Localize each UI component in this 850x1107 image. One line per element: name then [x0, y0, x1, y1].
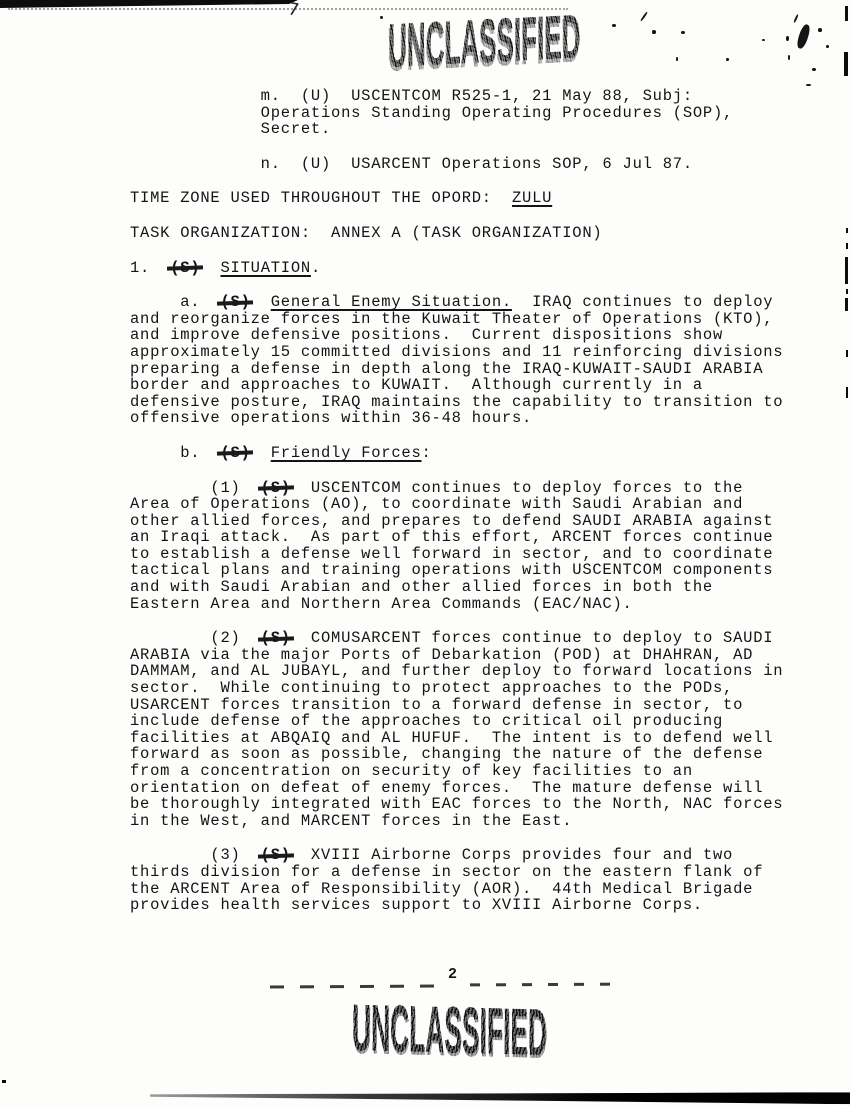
scan-artifact-right-edge — [845, 298, 848, 311]
text-run: 1. — [130, 259, 170, 277]
text-run: . — [311, 259, 321, 277]
text-run: TIME ZONE USED THROUGHOUT THE OPORD: — [130, 189, 512, 207]
text-underline: General Enemy Situation. — [271, 293, 512, 311]
text-run: n. (U) USARCENT Operations SOP, 6 Jul 87… — [130, 155, 693, 173]
document-body: m. (U) USCENTCOM R525-1, 21 May 88, Subj… — [130, 88, 820, 932]
unclassified-stamp-top-text: UNCLASSIFIED — [388, 6, 581, 78]
text-strike: (S) — [220, 444, 250, 462]
text-strike: (S) — [261, 479, 291, 497]
unclassified-stamp-top: UNCLASSIFIED — [388, 16, 846, 78]
text-run: (1) — [130, 479, 261, 497]
text-run: a. — [130, 293, 220, 311]
heading-friendly-forces: b. (S) Friendly Forces: — [130, 445, 820, 462]
text-underline: SITUATION — [220, 259, 310, 277]
para-friendly-3: (3) (S) XVIII Airborne Corps provides fo… — [130, 847, 820, 913]
reference-n: n. (U) USARCENT Operations SOP, 6 Jul 87… — [130, 156, 820, 173]
heading-situation: 1. (S) SITUATION. — [130, 260, 820, 277]
page-number: 2 — [448, 966, 457, 983]
text-run: m. (U) USCENTCOM R525-1, 21 May 88, Subj… — [130, 87, 733, 138]
unclassified-stamp-bottom: UNCLASSIFIED — [352, 994, 840, 1060]
text-run: COMUSARCENT forces continue to deploy to… — [130, 629, 783, 830]
text-run: (2) — [130, 629, 261, 647]
scan-artifact-right-edge — [846, 243, 848, 249]
time-zone-line: TIME ZONE USED THROUGHOUT THE OPORD: ZUL… — [130, 190, 820, 207]
text-run: b. — [130, 444, 220, 462]
text-run — [251, 293, 271, 311]
scan-artifact-right-edge — [846, 387, 848, 398]
ink-speckle — [806, 84, 811, 86]
scan-artifact-top-bar — [0, 0, 298, 8]
scanned-page: 7 UNCLASSIFIED m. (U) USCENTCOM R525-1, … — [0, 0, 850, 1107]
text-strike: (S) — [170, 259, 200, 277]
text-run: (3) — [130, 846, 261, 864]
para-friendly-2: (2) (S) COMUSARCENT forces continue to d… — [130, 630, 820, 829]
scan-artifact-right-edge — [845, 257, 848, 284]
text-run — [251, 444, 271, 462]
text-underline: ZULU — [512, 189, 552, 207]
scan-artifact-right-edge — [846, 289, 848, 294]
scan-artifact-dash-line — [470, 983, 620, 987]
reference-m: m. (U) USCENTCOM R525-1, 21 May 88, Subj… — [130, 88, 820, 138]
text-strike: (S) — [220, 293, 250, 311]
text-underline: Friendly Forces — [271, 444, 422, 462]
text-run: : — [422, 444, 432, 462]
text-run: IRAQ continues to deploy and reorganize … — [130, 293, 783, 427]
scan-artifact-bottom-bar — [150, 1090, 850, 1104]
para-general-enemy-situation: a. (S) General Enemy Situation. IRAQ con… — [130, 294, 820, 427]
ink-speckle — [380, 16, 383, 19]
scan-artifact-right-edge — [846, 350, 848, 357]
para-friendly-1: (1) (S) USCENTCOM continues to deploy fo… — [130, 480, 820, 613]
text-strike: (S) — [261, 629, 291, 647]
text-strike: (S) — [261, 846, 291, 864]
scan-artifact-right-edge — [846, 228, 848, 233]
unclassified-stamp-bottom-text: UNCLASSIFIED — [352, 994, 547, 1065]
scan-artifact-dash-line — [270, 985, 438, 989]
scan-artifact-left-dot — [2, 1080, 6, 1083]
text-run: USCENTCOM continues to deploy forces to … — [130, 479, 773, 613]
text-run: TASK ORGANIZATION: ANNEX A (TASK ORGANIZ… — [130, 224, 602, 242]
task-organization-line: TASK ORGANIZATION: ANNEX A (TASK ORGANIZ… — [130, 225, 820, 242]
handwritten-seven-mark: 7 — [286, 0, 300, 21]
text-run — [200, 259, 220, 277]
